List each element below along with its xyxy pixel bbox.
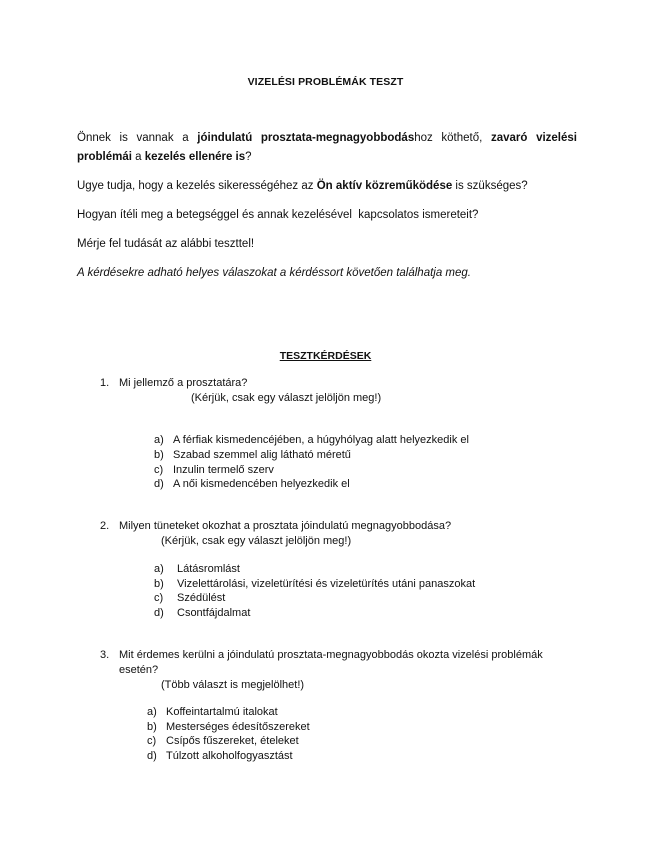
- option-text: Vizelettárolási, vizeletürítési és vizel…: [177, 578, 475, 590]
- answer-option[interactable]: a)Látásromlást: [154, 563, 240, 575]
- question-number: 2.: [100, 520, 109, 532]
- intro-paragraph-3: Hogyan ítéli meg a betegséggel és annak …: [77, 206, 577, 225]
- document-title: VIZELÉSI PROBLÉMÁK TESZT: [0, 76, 651, 88]
- option-text: Szabad szemmel alig látható méretű: [173, 449, 351, 461]
- option-letter: c): [154, 464, 173, 476]
- intro-bold-text: jóindulatú prosztata-megnagyobbodás: [197, 132, 414, 144]
- answer-option[interactable]: c)Inzulin termelő szerv: [154, 464, 274, 476]
- option-letter: b): [147, 721, 166, 733]
- intro-text: a: [132, 151, 145, 163]
- option-text: A női kismedencében helyezkedik el: [173, 478, 350, 490]
- option-text: Szédülést: [177, 592, 225, 604]
- question-hint: (Kérjük, csak egy választ jelöljön meg!): [191, 392, 381, 404]
- section-title: TESZTKÉRDÉSEK: [0, 350, 651, 362]
- intro-paragraph-5: A kérdésekre adható helyes válaszokat a …: [77, 264, 577, 283]
- question-text: Mi jellemző a prosztatára?: [119, 377, 247, 389]
- option-letter: d): [154, 607, 177, 619]
- option-text: Koffeintartalmú italokat: [166, 706, 278, 718]
- intro-text: is szükséges?: [452, 180, 527, 192]
- answer-option[interactable]: b)Vizelettárolási, vizeletürítési és viz…: [154, 578, 475, 590]
- intro-paragraph-4: Mérje fel tudását az alábbi teszttel!: [77, 235, 577, 254]
- question-text: Milyen tüneteket okozhat a prosztata jói…: [119, 520, 451, 532]
- intro-bold-text: Ön aktív közreműködése: [317, 180, 453, 192]
- intro-bold-text: kezelés ellenére is: [145, 151, 245, 163]
- option-text: Csípős fűszereket, ételeket: [166, 735, 299, 747]
- intro-text: Ugye tudja, hogy a kezelés sikerességéhe…: [77, 180, 317, 192]
- question-number: 3.: [100, 649, 109, 661]
- answer-option[interactable]: a)Koffeintartalmú italokat: [147, 706, 278, 718]
- option-letter: b): [154, 578, 177, 590]
- answer-option[interactable]: d)Túlzott alkoholfogyasztást: [147, 750, 293, 762]
- question-text: Mit érdemes kerülni a jóindulatú proszta…: [119, 649, 543, 661]
- option-letter: c): [154, 592, 177, 604]
- option-text: Látásromlást: [177, 563, 240, 575]
- option-letter: a): [154, 434, 173, 446]
- answer-option[interactable]: c)Csípős fűszereket, ételeket: [147, 735, 299, 747]
- answer-option[interactable]: c)Szédülést: [154, 592, 225, 604]
- option-letter: c): [147, 735, 166, 747]
- option-text: Csontfájdalmat: [177, 607, 250, 619]
- question-hint: (Kérjük, csak egy választ jelöljön meg!): [161, 535, 351, 547]
- document-page: VIZELÉSI PROBLÉMÁK TESZT Önnek is vannak…: [0, 0, 651, 843]
- intro-text: hoz köthető,: [414, 132, 491, 144]
- question-hint: (Több választ is megjelölhet!): [161, 679, 304, 691]
- question-number: 1.: [100, 377, 109, 389]
- answer-option[interactable]: d)A női kismedencében helyezkedik el: [154, 478, 350, 490]
- option-text: Inzulin termelő szerv: [173, 464, 274, 476]
- answer-option[interactable]: b)Mesterséges édesítőszereket: [147, 721, 310, 733]
- option-text: Mesterséges édesítőszereket: [166, 721, 310, 733]
- intro-text: Önnek is vannak a: [77, 132, 197, 144]
- option-letter: b): [154, 449, 173, 461]
- option-text: Túlzott alkoholfogyasztást: [166, 750, 293, 762]
- option-letter: a): [147, 706, 166, 718]
- intro-paragraph-2: Ugye tudja, hogy a kezelés sikerességéhe…: [77, 177, 577, 196]
- intro-text: ?: [245, 151, 251, 163]
- question-text-continued: esetén?: [119, 664, 158, 676]
- option-text: A férfiak kismedencéjében, a húgyhólyag …: [173, 434, 469, 446]
- option-letter: d): [147, 750, 166, 762]
- option-letter: d): [154, 478, 173, 490]
- intro-paragraph-1: Önnek is vannak a jóindulatú prosztata-m…: [77, 129, 577, 167]
- answer-option[interactable]: a)A férfiak kismedencéjében, a húgyhólya…: [154, 434, 469, 446]
- option-letter: a): [154, 563, 177, 575]
- answer-option[interactable]: b)Szabad szemmel alig látható méretű: [154, 449, 351, 461]
- answer-option[interactable]: d)Csontfájdalmat: [154, 607, 250, 619]
